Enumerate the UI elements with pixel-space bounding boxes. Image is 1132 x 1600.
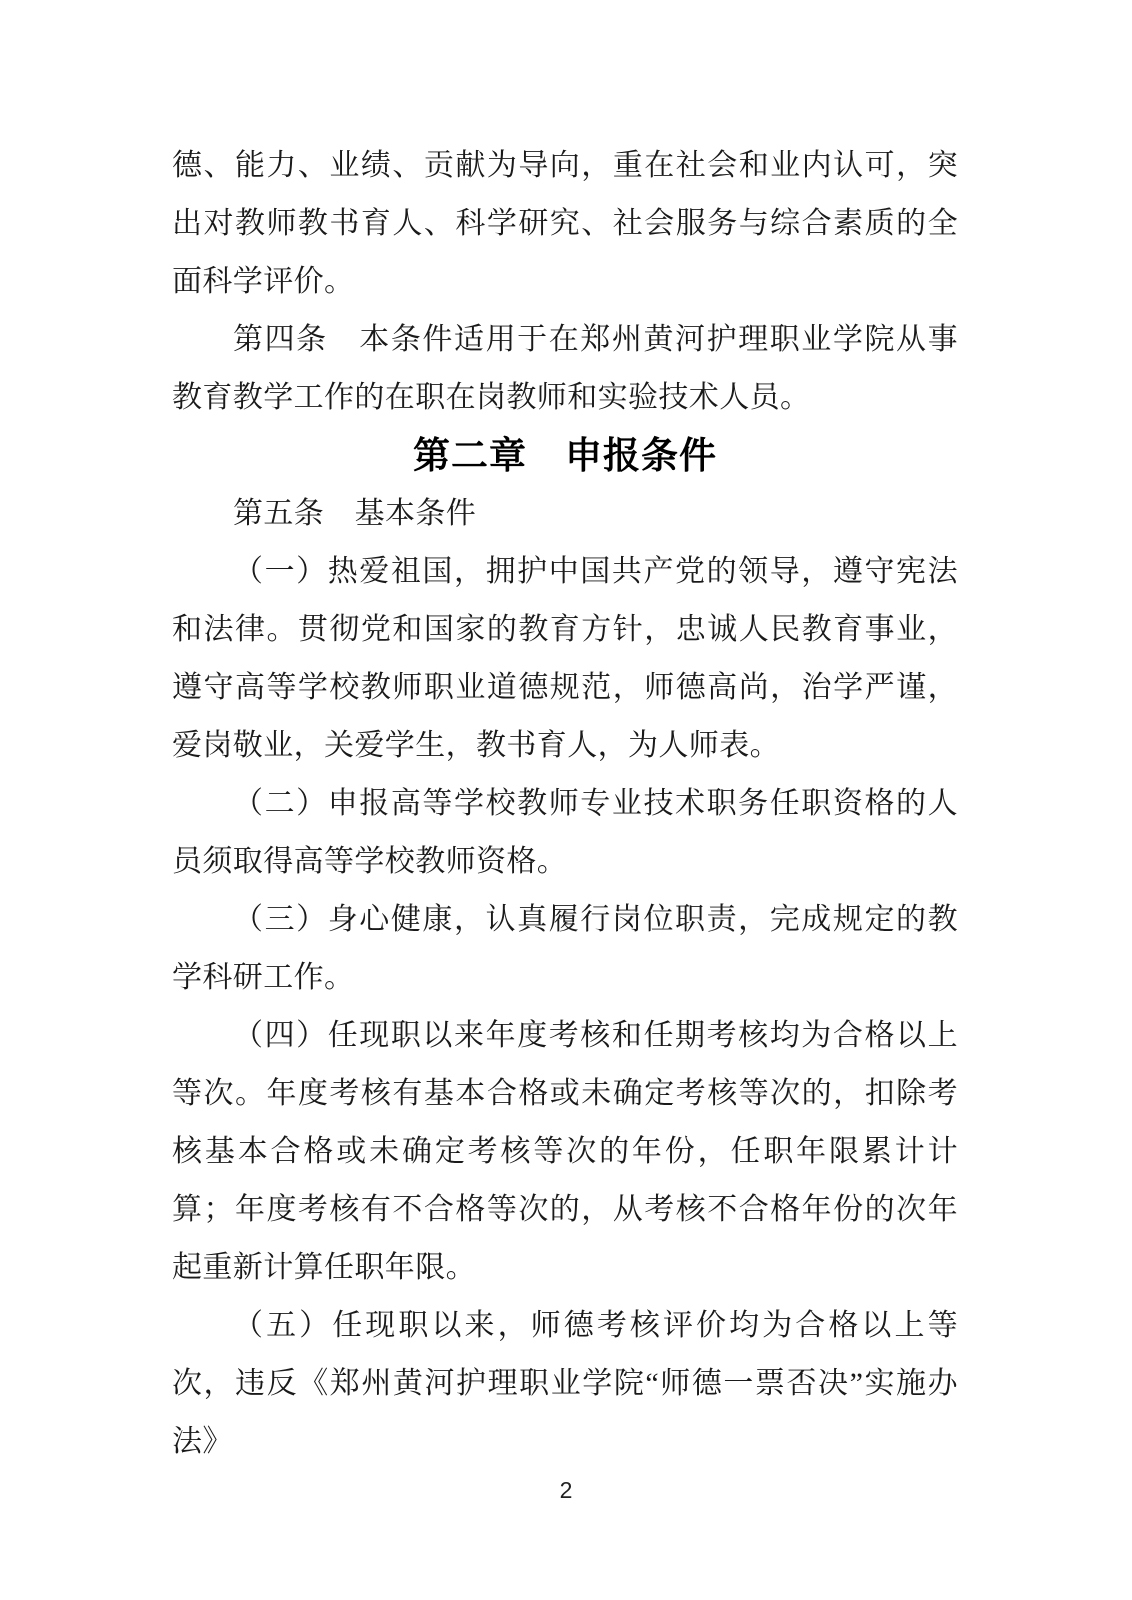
page-number: 2: [0, 1477, 1132, 1504]
para-condition-5: （五）任现职以来，师德考核评价均为合格以上等次，违反《郑州黄河护理职业学院“师德…: [172, 1297, 958, 1471]
para-article-5: 第五条 基本条件: [172, 485, 958, 543]
para-condition-4: （四）任现职以来年度考核和任期考核均为合格以上等次。年度考核有基本合格或未确定考…: [172, 1007, 958, 1297]
para-condition-3: （三）身心健康，认真履行岗位职责，完成规定的教学科研工作。: [172, 891, 958, 1007]
para-overview-continued: 德、能力、业绩、贡献为导向，重在社会和业内认可，突出对教师教书育人、科学研究、社…: [172, 137, 958, 311]
chapter-2-heading: 第二章 申报条件: [172, 427, 958, 485]
document-page: 德、能力、业绩、贡献为导向，重在社会和业内认可，突出对教师教书育人、科学研究、社…: [0, 0, 1132, 1600]
para-condition-2: （二）申报高等学校教师专业技术职务任职资格的人员须取得高等学校教师资格。: [172, 775, 958, 891]
para-condition-1: （一）热爱祖国，拥护中国共产党的领导，遵守宪法和法律。贯彻党和国家的教育方针，忠…: [172, 543, 958, 775]
document-content: 德、能力、业绩、贡献为导向，重在社会和业内认可，突出对教师教书育人、科学研究、社…: [172, 137, 958, 1471]
para-article-4: 第四条 本条件适用于在郑州黄河护理职业学院从事教育教学工作的在职在岗教师和实验技…: [172, 311, 958, 427]
